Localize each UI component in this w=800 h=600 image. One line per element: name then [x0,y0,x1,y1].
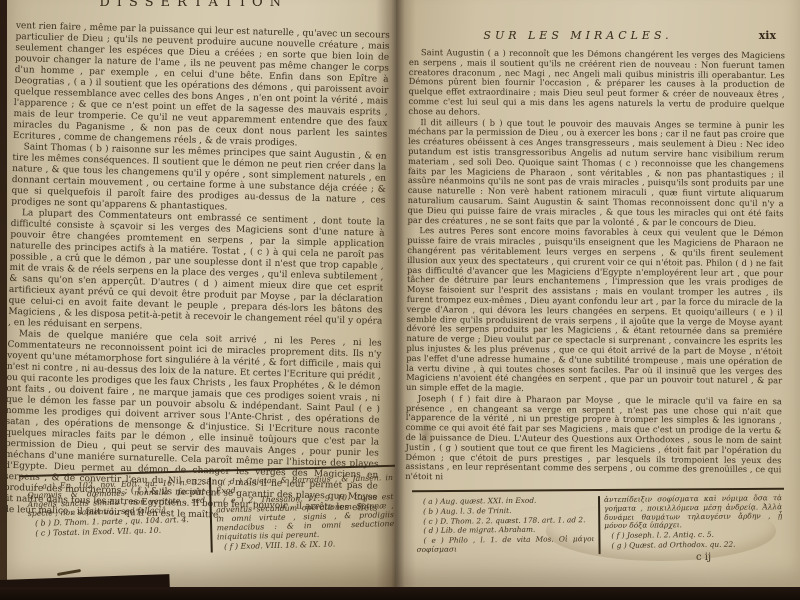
paragraph: La plupart des Commentateurs ont embrass… [8,208,385,339]
right-page-body: Saint Augustin ( a ) reconnoît que les D… [405,47,785,485]
left-page: DISSERTATION vent rien faire , même par … [7,0,396,592]
footnote-column: ( d ) Cajetan & Barradius , & Jansen. in… [215,473,394,552]
paragraph: Saint Augustin ( a ) reconnoît que les D… [408,48,785,120]
footnote-column: ( a ) Aug. quæst. XXI. in Exod. ( b ) Au… [416,496,595,556]
book-photo: DISSERTATION vent rien faire , même par … [0,0,800,600]
right-footnotes: ( a ) Aug. quæst. XXI. in Exod. ( b ) Au… [416,494,783,556]
paragraph: Il dit ailleurs ( b ) que tout le pouvoi… [407,118,784,229]
footnote-rule [412,488,784,493]
running-head-right: SUR LES MIRACLES. xix [396,29,800,43]
footnote-divider [208,477,213,552]
footnote-column: ἀντεπίδειξιν σοφίσματα καὶ νόμιμα ὅσα τὰ… [604,494,783,554]
ink-mark [57,569,81,576]
running-head-left: DISSERTATION [7,0,380,10]
left-footnotes: ( a ) Ep. 102. nov. Edit. qu. 16. n. 32.… [27,473,395,557]
footnote: ( a ) Ep. 102. nov. Edit. qu. 16. n. 32.… [27,478,205,518]
table-edge [0,587,800,600]
paragraph: Saint Thomas ( b ) raisonne sur les même… [11,142,387,218]
footnote-column: ( a ) Ep. 102. nov. Edit. qu. 16. n. 32.… [27,478,206,557]
running-head-title: SUR LES MIRACLES. [396,29,760,42]
paragraph: vent rien faire , même par la puissance … [13,21,390,152]
footnote: ( e ) 2. Thessalon. 11. 9. 10. Cujus est… [216,492,395,541]
gutter-shadow [376,0,416,600]
footnote-greek-quote: ἀντεπίδειξιν σοφίσματα καὶ νόμιμα ὅσα τὰ… [604,494,782,531]
left-page-body: vent rien faire , même par la puissance … [3,21,390,526]
right-page: SUR LES MIRACLES. xix Saint Augustin ( a… [396,0,800,587]
page-number: xix [759,29,776,42]
footnote: ( g ) Quæst. ad Orthodox. qu. 22. [604,540,782,551]
paragraph: Joseph ( f ) fait dire à Pharaon par Moy… [405,394,782,485]
paragraph: Les autres Peres sont encore moins favor… [406,226,783,396]
signature-mark: c ij [396,552,711,563]
footnote-divider [598,496,601,554]
